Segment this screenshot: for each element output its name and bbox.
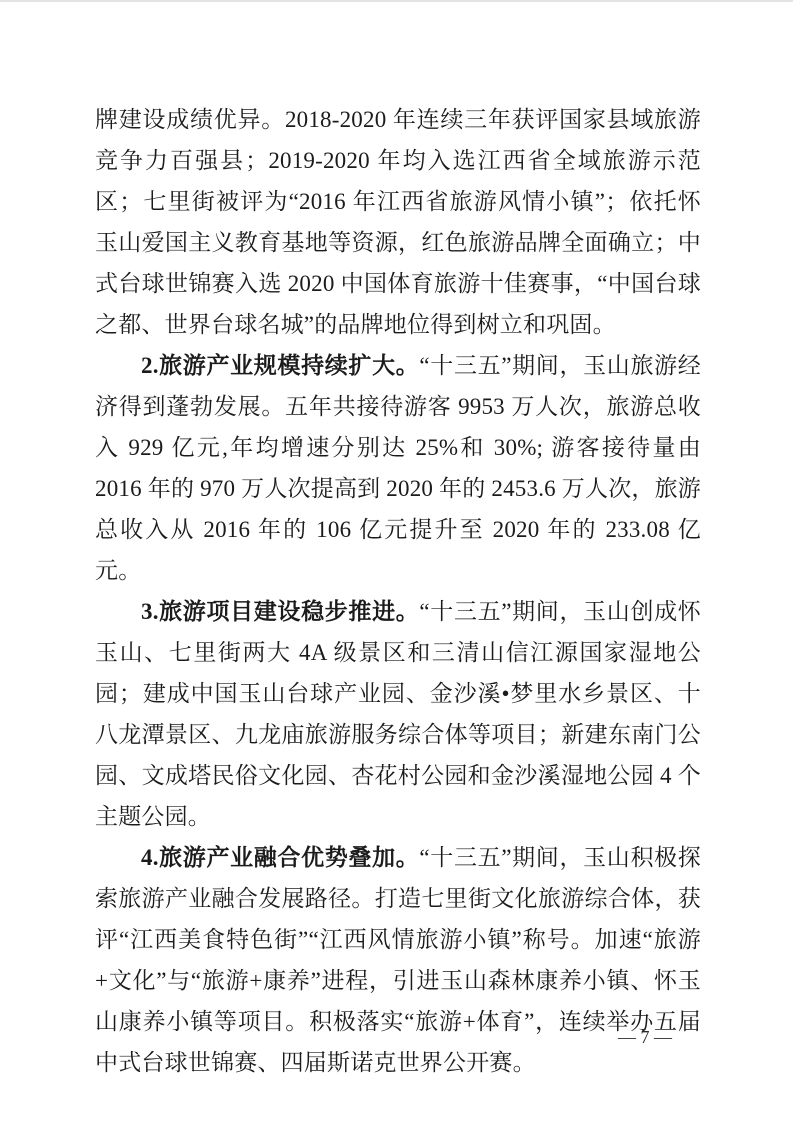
paragraph-text: “十三五”期间，玉山旅游经济得到蓬勃发展。五年共接待游客 9953 万人次，旅游… [95, 353, 701, 583]
paragraph-lead: 3.旅游项目建设稳步推进。 [141, 599, 419, 624]
page-number: — 7 — [618, 1027, 672, 1047]
document-body: 牌建设成绩优异。2018-2020 年连续三年获评国家县域旅游竞争力百强县；20… [95, 99, 701, 1083]
paragraph-lead: 2.旅游产业规模持续扩大。 [141, 353, 419, 378]
paragraph-text: “十三五”期间，玉山创成怀玉山、七里街两大 4A 级景区和三清山信江源国家湿地公… [95, 599, 701, 829]
page-top-edge [0, 0, 793, 2]
paragraph-project-construction: 3.旅游项目建设稳步推进。“十三五”期间，玉山创成怀玉山、七里街两大 4A 级景… [95, 591, 701, 837]
paragraph-text: “十三五”期间，玉山积极探索旅游产业融合发展路径。打造七里街文化旅游综合体，获评… [95, 845, 701, 1075]
paragraph-industry-scale: 2.旅游产业规模持续扩大。“十三五”期间，玉山旅游经济得到蓬勃发展。五年共接待游… [95, 345, 701, 591]
paragraph-industry-integration: 4.旅游产业融合优势叠加。“十三五”期间，玉山积极探索旅游产业融合发展路径。打造… [95, 837, 701, 1083]
paragraph-text: 牌建设成绩优异。2018-2020 年连续三年获评国家县域旅游竞争力百强县；20… [95, 107, 701, 337]
paragraph-brand-building: 牌建设成绩优异。2018-2020 年连续三年获评国家县域旅游竞争力百强县；20… [95, 99, 701, 345]
document-page: 牌建设成绩优异。2018-2020 年连续三年获评国家县域旅游竞争力百强县；20… [0, 0, 793, 1122]
paragraph-lead: 4.旅游产业融合优势叠加。 [141, 845, 419, 870]
page-footer: — 7 — [618, 1026, 698, 1048]
